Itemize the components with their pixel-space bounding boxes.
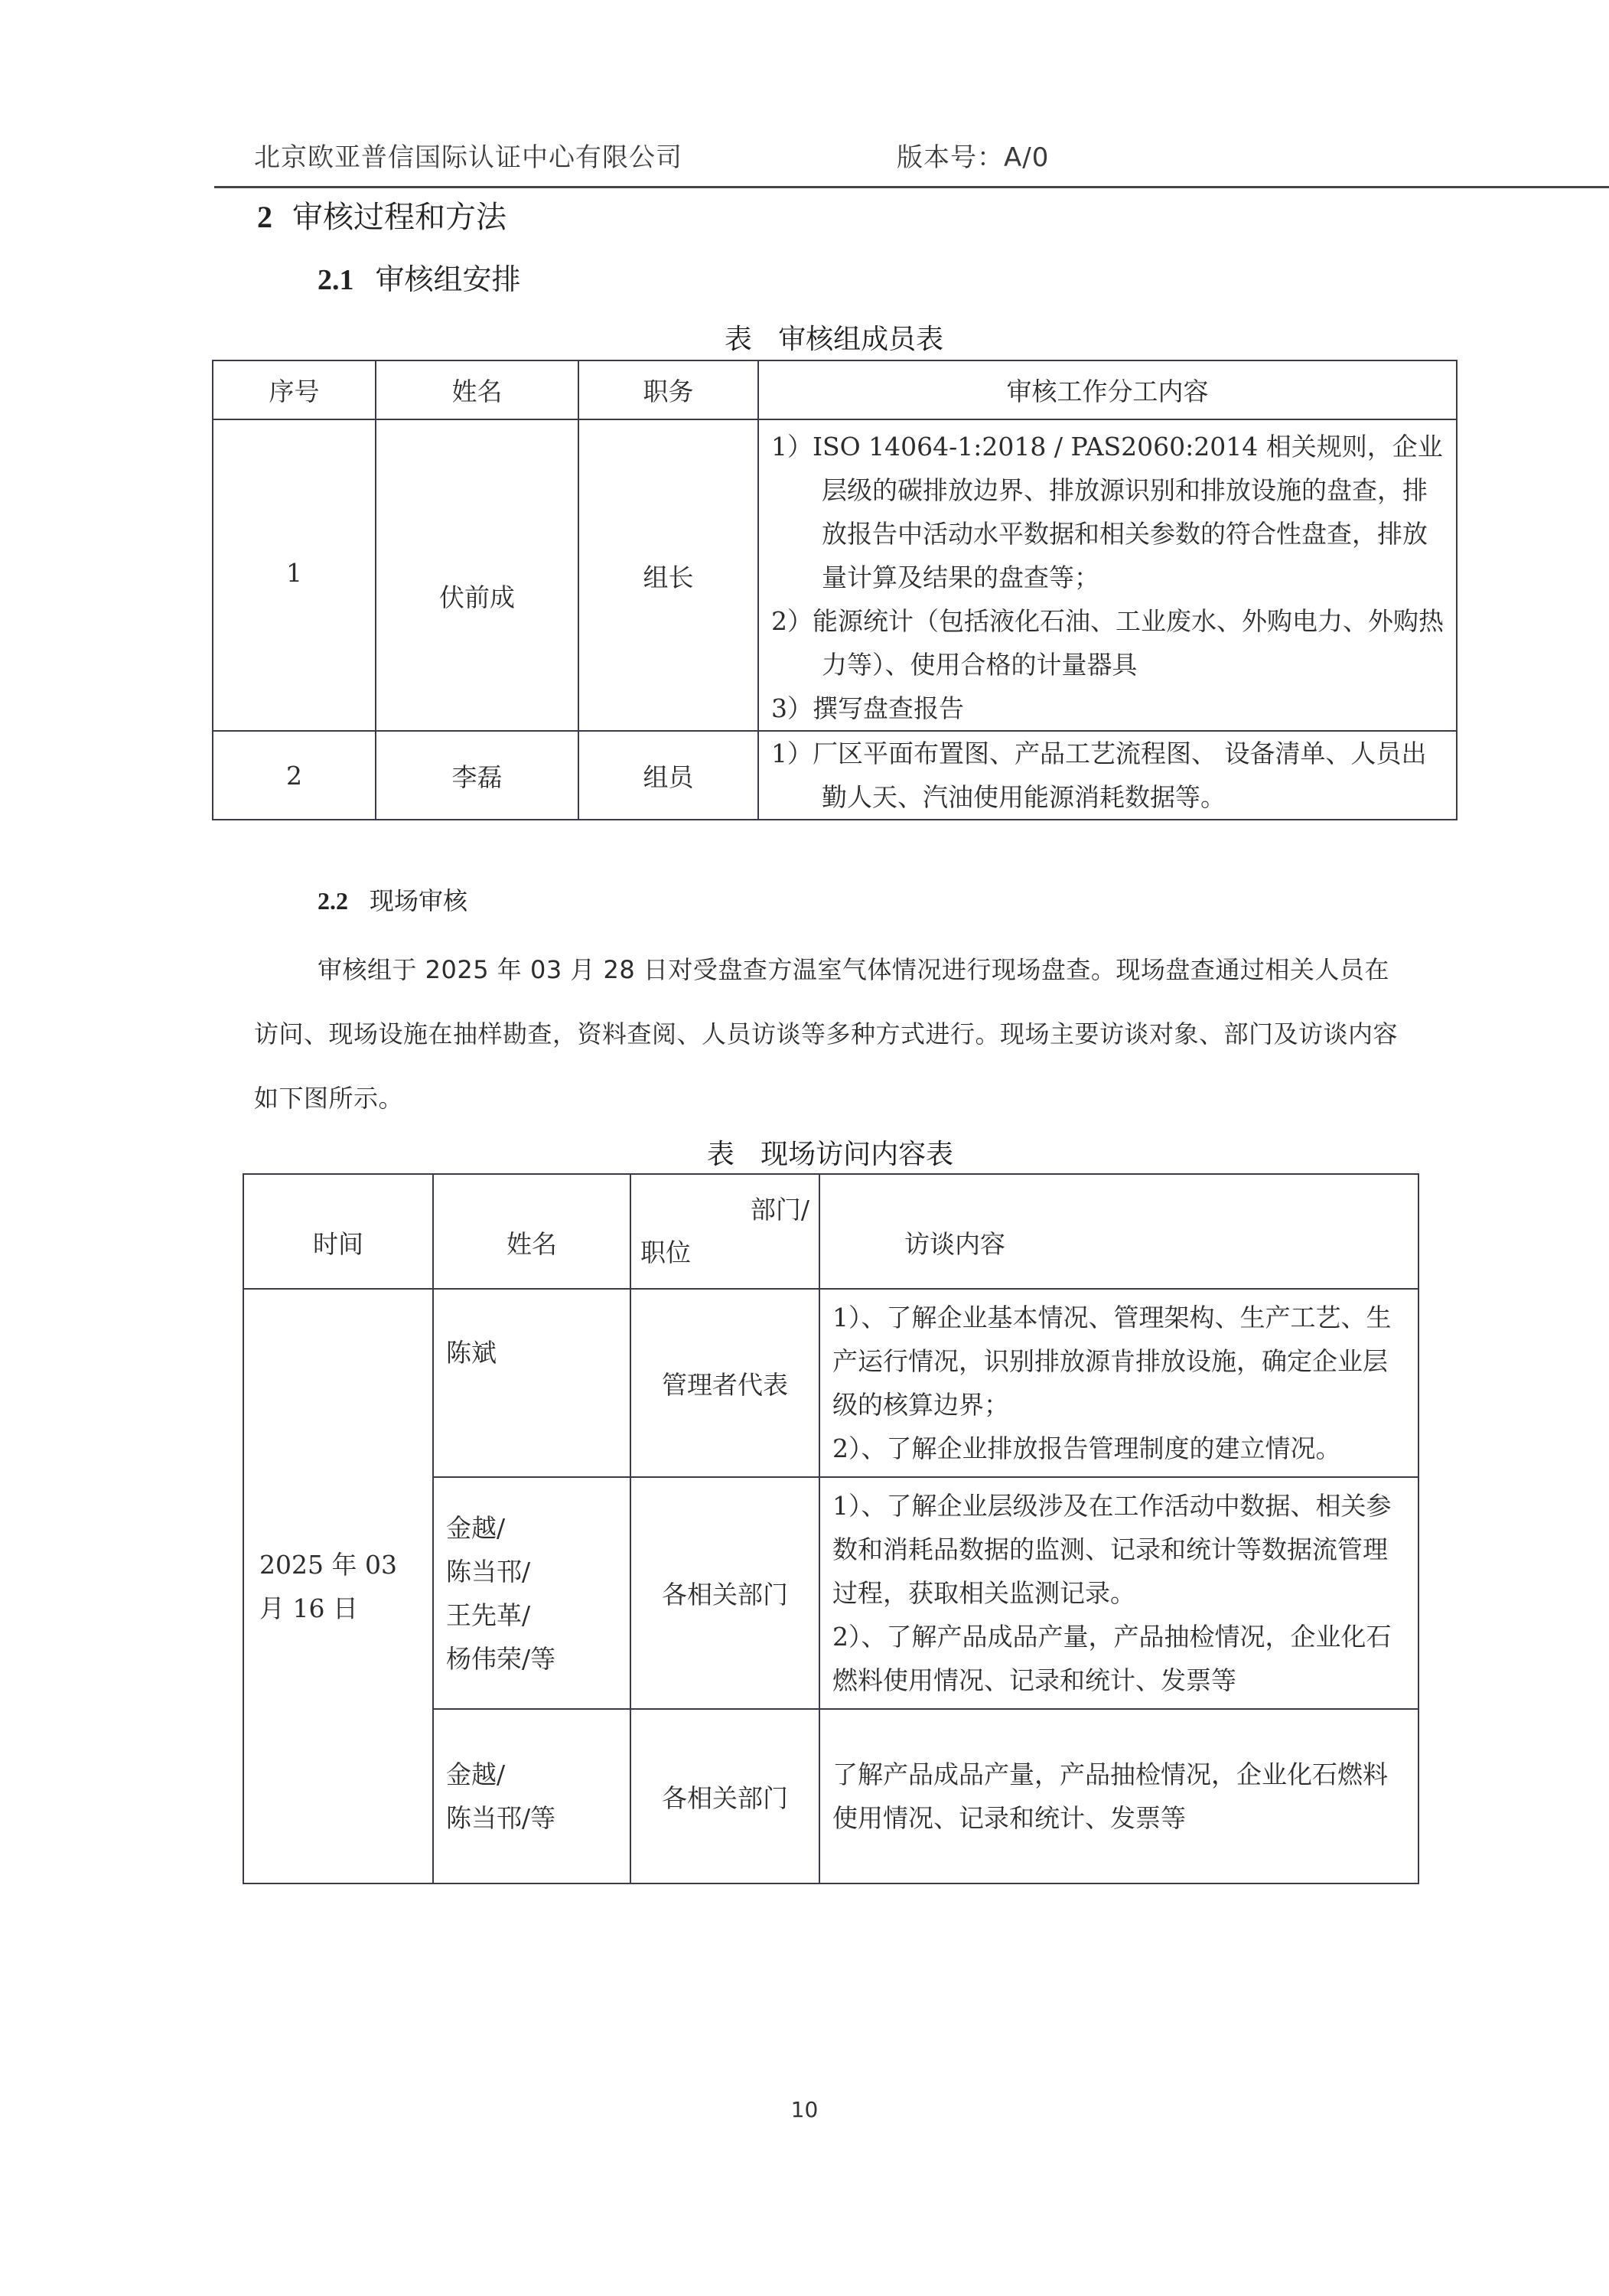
onsite-audit-paragraph: 审核组于 2025 年 03 月 28 日对受盘查方温室气体情况进行现场盘查。现… [254, 938, 1409, 1130]
cell-dept: 管理者代表 [630, 1289, 819, 1477]
table-header-row: 时间 姓名 部门/ 职位 访谈内容 [243, 1174, 1418, 1289]
section-heading: 2审核过程和方法 [257, 193, 506, 236]
table-row: 1 伏前成 组长 1）ISO 14064-1:2018 / PAS2060:20… [213, 419, 1457, 731]
column-header-name: 姓名 [433, 1174, 630, 1289]
subsection-number: 2.2 [318, 887, 348, 915]
column-header-time: 时间 [243, 1174, 433, 1289]
table-caption-team: 表 审核组成员表 [212, 318, 1456, 357]
content-item: 1）、了解企业基本情况、管理架构、生产工艺、生产运行情况，识别排放源肯排放设施，… [832, 1296, 1405, 1427]
column-header-dept-line2: 职位 [640, 1231, 809, 1274]
audit-team-table: 序号 姓名 职务 审核工作分工内容 1 伏前成 组长 1）ISO 14064-1… [212, 360, 1458, 820]
table-row: 2 李磊 组员 1）厂区平面布置图、产品工艺流程图、 设备清单、人员出勤人天、汽… [213, 731, 1457, 820]
onsite-visit-table: 时间 姓名 部门/ 职位 访谈内容 2025 年 03 月 16 日 陈斌 管理… [243, 1173, 1419, 1884]
cell-name: 金越/ 陈当邗/ 王先革/ 杨伟荣/等 [433, 1477, 630, 1709]
cell-role: 组长 [578, 419, 758, 731]
cell-duties: 1）ISO 14064-1:2018 / PAS2060:2014 相关规则，企… [758, 419, 1457, 731]
cell-name: 李磊 [376, 731, 578, 820]
subsection-title: 审核组安排 [376, 263, 521, 296]
cell-content: 了解产品成品产量，产品抽检情况，企业化石燃料使用情况、记录和统计、发票等 [819, 1709, 1418, 1883]
page-number: 10 [0, 2097, 1609, 2122]
column-header-name: 姓名 [376, 360, 578, 419]
table-caption-visit: 表 现场访问内容表 [243, 1133, 1418, 1172]
duty-item: 3）撰写盘查报告 [771, 687, 1445, 730]
cell-date: 2025 年 03 月 16 日 [243, 1289, 433, 1883]
cell-name: 金越/ 陈当邗/等 [433, 1709, 630, 1883]
column-header-role: 职务 [578, 360, 758, 419]
table-row: 2025 年 03 月 16 日 陈斌 管理者代表 1）、了解企业基本情况、管理… [243, 1289, 1418, 1477]
column-header-dept: 部门/ 职位 [630, 1174, 819, 1289]
cell-duties: 1）厂区平面布置图、产品工艺流程图、 设备清单、人员出勤人天、汽油使用能源消耗数… [758, 731, 1457, 820]
cell-content: 1）、了解企业层级涉及在工作活动中数据、相关参数和消耗品数据的监测、记录和统计等… [819, 1477, 1418, 1709]
column-header-no: 序号 [213, 360, 376, 419]
content-item: 2）、了解产品成品产量，产品抽检情况，企业化石燃料使用情况、记录和统计、发票等 [832, 1615, 1405, 1702]
header-version-label: 版本号：A/0 [897, 136, 1049, 174]
content-item: 1）、了解企业层级涉及在工作活动中数据、相关参数和消耗品数据的监测、记录和统计等… [832, 1484, 1405, 1615]
subsection-heading-onsite: 2.2现场审核 [318, 882, 467, 917]
section-number: 2 [257, 200, 272, 234]
subsection-heading-team: 2.1审核组安排 [318, 256, 521, 298]
content-item: 了解产品成品产量，产品抽检情况，企业化石燃料使用情况、记录和统计、发票等 [832, 1753, 1405, 1840]
header-company-name: 北京欧亚普信国际认证中心有限公司 [254, 136, 682, 174]
cell-name: 伏前成 [376, 419, 578, 731]
column-header-dept-line1: 部门/ [640, 1189, 809, 1231]
section-title: 审核过程和方法 [292, 200, 506, 235]
duty-item: 2）能源统计（包括液化石油、工业废水、外购电力、外购热力等）、使用合格的计量器具 [771, 599, 1445, 687]
subsection-title: 现场审核 [370, 886, 467, 915]
duty-item: 1）ISO 14064-1:2018 / PAS2060:2014 相关规则，企… [771, 425, 1445, 599]
cell-role: 组员 [578, 731, 758, 820]
cell-no: 1 [213, 419, 376, 731]
cell-dept: 各相关部门 [630, 1709, 819, 1883]
table-header-row: 序号 姓名 职务 审核工作分工内容 [213, 360, 1457, 419]
header-divider [214, 186, 1609, 188]
subsection-number: 2.1 [318, 264, 354, 296]
duty-item: 1）厂区平面布置图、产品工艺流程图、 设备清单、人员出勤人天、汽油使用能源消耗数… [771, 732, 1445, 819]
column-header-duties: 审核工作分工内容 [758, 360, 1457, 419]
cell-content: 1）、了解企业基本情况、管理架构、生产工艺、生产运行情况，识别排放源肯排放设施，… [819, 1289, 1418, 1477]
cell-no: 2 [213, 731, 376, 820]
cell-dept: 各相关部门 [630, 1477, 819, 1709]
content-item: 2）、了解企业排放报告管理制度的建立情况。 [832, 1427, 1405, 1470]
column-header-content: 访谈内容 [819, 1174, 1418, 1289]
cell-name: 陈斌 [433, 1289, 630, 1477]
